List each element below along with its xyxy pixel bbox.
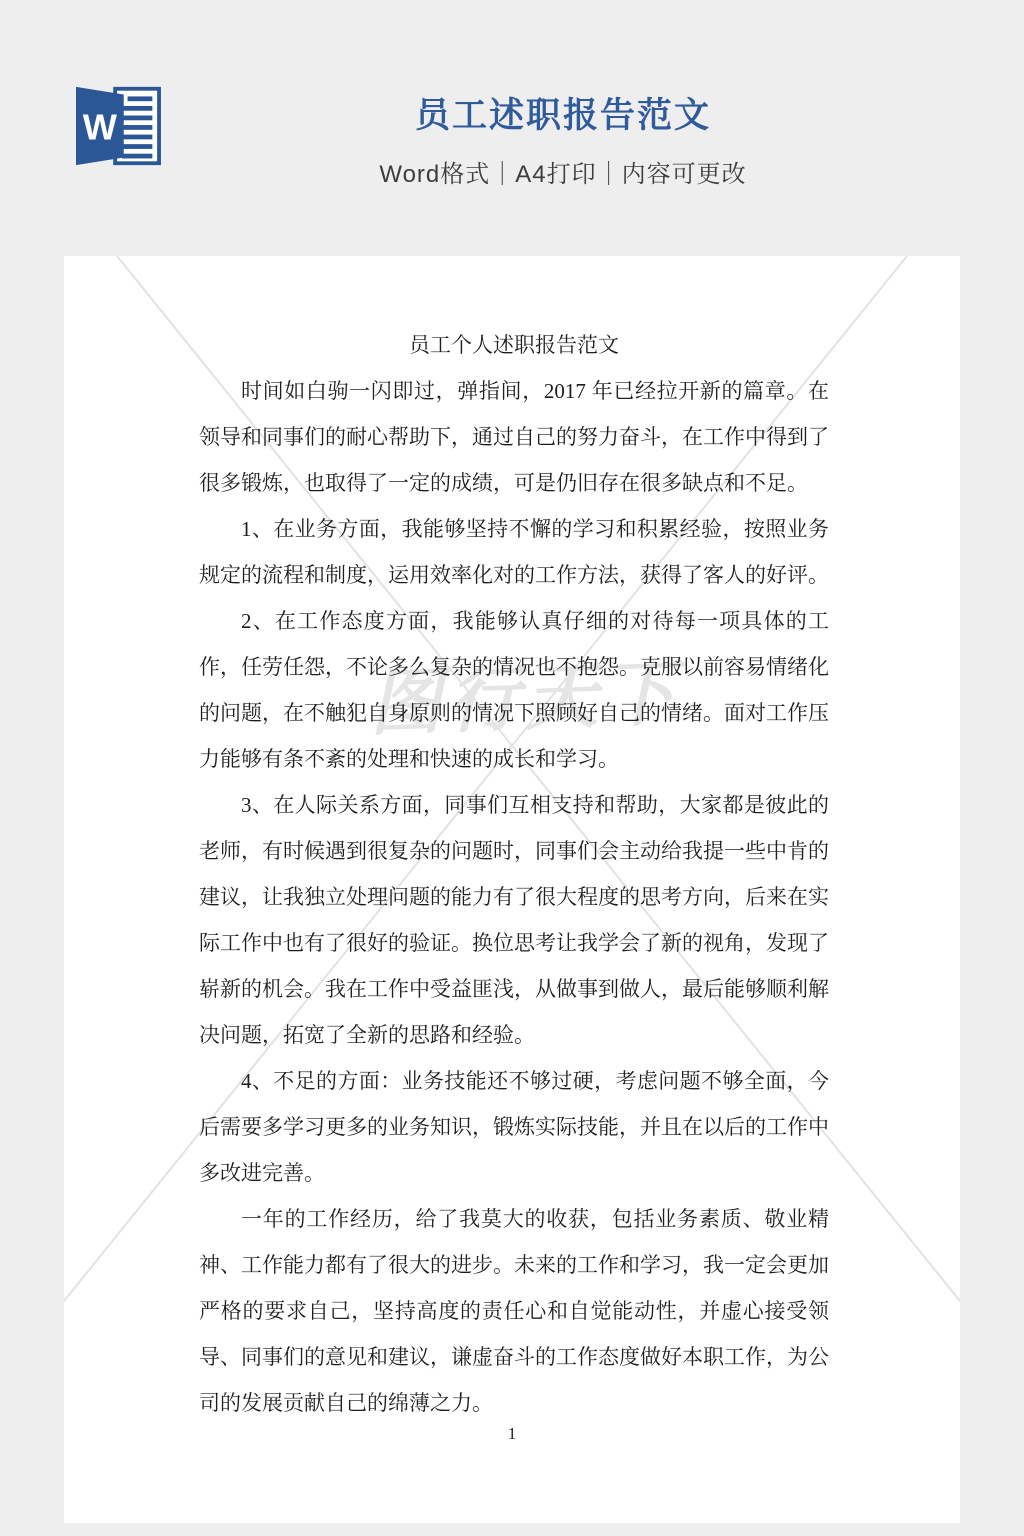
paragraph: 时间如白驹一闪即过，弹指间，2017 年已经拉开新的篇章。在领导和同事们的耐心帮… bbox=[199, 368, 829, 506]
header: W 员工述职报告范文 Word格式｜A4打印｜内容可更改 bbox=[64, 84, 960, 189]
document-heading: 员工个人述职报告范文 bbox=[199, 322, 829, 368]
paragraph: 2、在工作态度方面，我能够认真仔细的对待每一项具体的工作，任劳任怨，不论多么复杂… bbox=[199, 598, 829, 782]
document-page: 图行天下 员工个人述职报告范文 时间如白驹一闪即过，弹指间，2017 年已经拉开… bbox=[64, 256, 960, 1523]
paragraph: 1、在业务方面，我能够坚持不懈的学习和积累经验，按照业务规定的流程和制度，运用效… bbox=[199, 506, 829, 598]
page-number: 1 bbox=[64, 1424, 960, 1444]
svg-text:W: W bbox=[83, 106, 118, 147]
page-title: 员工述职报告范文 bbox=[166, 88, 960, 138]
header-text-block: 员工述职报告范文 Word格式｜A4打印｜内容可更改 bbox=[166, 84, 960, 189]
paragraph: 一年的工作经历，给了我莫大的收获，包括业务素质、敬业精神、工作能力都有了很大的进… bbox=[199, 1196, 829, 1426]
paragraph: 3、在人际关系方面，同事们互相支持和帮助，大家都是彼此的老师，有时候遇到很复杂的… bbox=[199, 782, 829, 1058]
paragraph: 4、不足的方面：业务技能还不够过硬，考虑问题不够全面，今后需要多学习更多的业务知… bbox=[199, 1058, 829, 1196]
word-document-icon: W bbox=[70, 84, 166, 168]
page-subtitle: Word格式｜A4打印｜内容可更改 bbox=[166, 154, 960, 189]
document-content: 员工个人述职报告范文 时间如白驹一闪即过，弹指间，2017 年已经拉开新的篇章。… bbox=[199, 322, 829, 1426]
